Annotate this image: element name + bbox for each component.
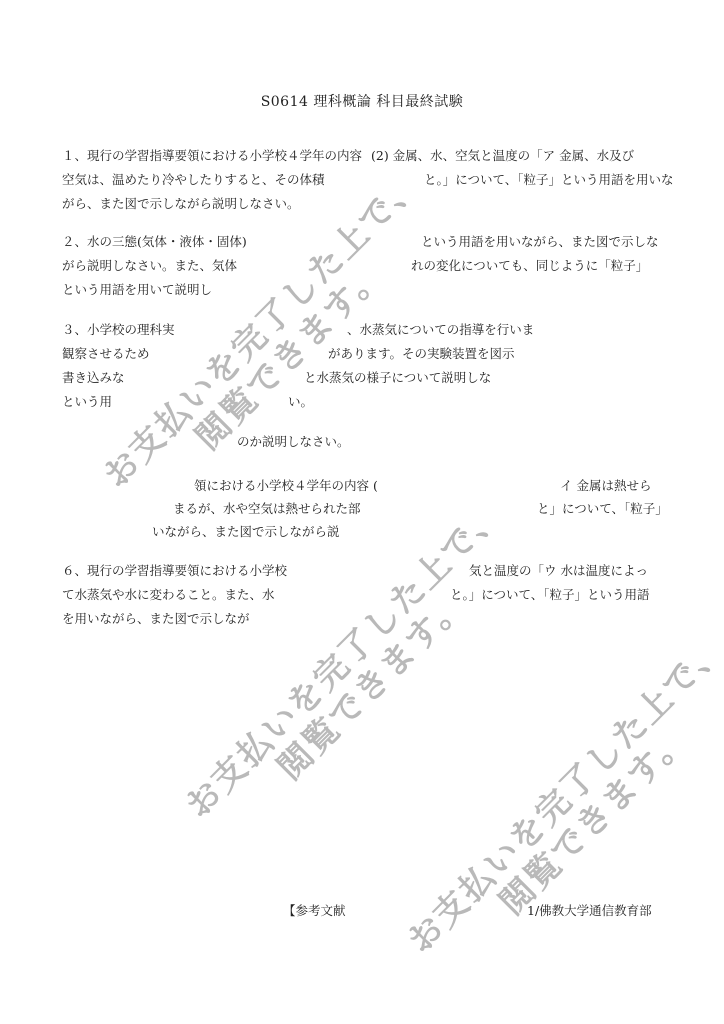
watermark-line1: お支払いを完了した上で、 bbox=[180, 495, 509, 824]
references-source: 1/佛教大学通信教育部 bbox=[527, 903, 652, 919]
question-text-line: と。」について、「粒子」という用語 bbox=[450, 587, 650, 603]
question-text-line: ６、現行の学習指導要領における小学校 bbox=[62, 563, 287, 579]
question-text-line: 領における小学校４学年の内容 ( bbox=[194, 478, 378, 494]
document-title: S0614 理科概論 科目最終試験 bbox=[0, 91, 724, 111]
question-text-line: がら、また図で示しながら説明しなさい。 bbox=[62, 196, 300, 212]
question-text-line: という用語を用いて説明し bbox=[62, 282, 212, 298]
question-text-line: 気と温度の「ウ 水は温度によっ bbox=[469, 563, 648, 579]
question-text-line: という用語を用いながら、また図で示しな bbox=[421, 234, 659, 250]
question-text-line: のか説明しなさい。 bbox=[237, 434, 350, 450]
watermark: お支払いを完了した上で、 閲覧できます。 bbox=[98, 165, 454, 521]
watermark-line2: 閲覧できます。 bbox=[494, 657, 724, 921]
question-text-line: ３、小学校の理科実 bbox=[62, 322, 175, 338]
watermark: お支払いを完了した上で、 閲覧できます。 bbox=[180, 495, 536, 851]
question-text-line: て水蒸気や水に変わること。また、水 bbox=[62, 587, 275, 603]
question-text-line: と。」について、「粒子」という用語を用いな bbox=[424, 172, 674, 188]
watermark-line2: 閲覧できます。 bbox=[272, 522, 536, 786]
question-text-line: 観察させるため bbox=[62, 346, 150, 362]
question-text-line: ２、水の三態(気体・液体・固体) bbox=[62, 234, 247, 250]
question-text-line: まるが、水や空気は熱せられた部 bbox=[173, 501, 361, 517]
question-text-line: がら説明しなさい。また、気体 bbox=[62, 258, 237, 274]
question-text-line: れの変化についても、同じように「粒子」 bbox=[411, 258, 648, 274]
watermark: お支払いを完了した上で、 閲覧できます。 bbox=[402, 630, 724, 986]
question-text-line: いながら、また図で示しながら説 bbox=[152, 524, 340, 540]
document-page: S0614 理科概論 科目最終試験 １、現行の学習指導要領における小学校４学年の… bbox=[0, 0, 724, 1024]
question-text-line: という用 bbox=[62, 394, 112, 410]
question-text-line: １、現行の学習指導要領における小学校４学年の内容 bbox=[62, 148, 362, 164]
question-text-line: 書き込みな bbox=[62, 370, 125, 386]
question-text-line: があります。その実験装置を図示 bbox=[328, 346, 515, 362]
references-label: 【参考文献 bbox=[283, 903, 346, 919]
question-text-line: 、水蒸気についての指導を行いま bbox=[347, 322, 534, 338]
question-text-line: を用いながら、また図で示しなが bbox=[62, 611, 250, 627]
question-text-line: と」について、「粒子」 bbox=[537, 501, 668, 517]
question-text-line: イ 金属は熱せら bbox=[560, 478, 651, 494]
question-text-line: と水蒸気の様子について説明しな bbox=[304, 370, 491, 386]
question-text-line: (2) 金属、水、空気と温度の「ア 金属、水及び bbox=[371, 148, 634, 164]
question-text-line: い。 bbox=[288, 394, 313, 410]
question-text-line: 空気は、温めたり冷やしたりすると、その体積 bbox=[62, 172, 325, 188]
